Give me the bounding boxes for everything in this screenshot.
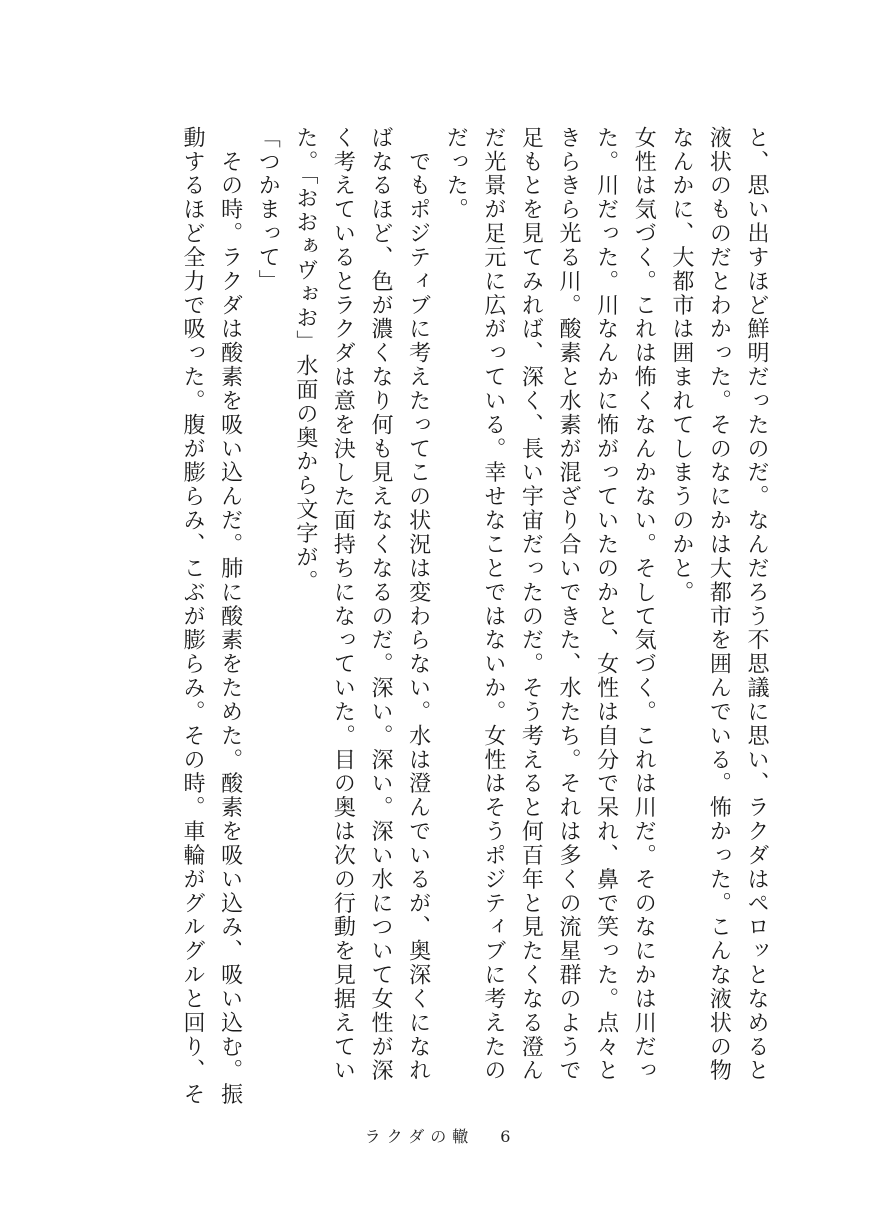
text-column-1: と、思い出すほど鮮明だったのだ。なんだろう不思議に思い、ラクダはペロッとなめると bbox=[743, 126, 769, 1088]
text-column-12: く考えているとラクダは意を決した面持ちになっていた。目の奥は次の行動を見据えてい bbox=[329, 126, 355, 1088]
page-number: 6 bbox=[500, 1127, 510, 1146]
text-column-15: その時。ラクダは酸素を吸い込んだ。肺に酸素をためた。酸素を吸い込み、吸い込む。振 bbox=[217, 126, 243, 1088]
text-column-8: だ光景が足元に広がっている。幸せなことではないか。女性はそうポジティブに考えたの bbox=[480, 126, 506, 1088]
text-column-13: た。「おおぁヴぉお」水面の奥から文字が。 bbox=[292, 126, 318, 1088]
text-column-10: でもポジティブに考えたってこの状況は変わらない。水は澄んでいるが、奥深くになれ bbox=[405, 126, 431, 1088]
document-page: と、思い出すほど鮮明だったのだ。なんだろう不思議に思い、ラクダはペロッとなめると… bbox=[0, 0, 875, 1213]
text-column-14: 「つかまって」 bbox=[254, 126, 280, 1088]
text-column-11: ばなるほど、色が濃くなり何も見えなくなるのだ。深い。深い。深い水について女性が深 bbox=[367, 126, 393, 1088]
book-title: ラクダの轍 bbox=[365, 1127, 475, 1146]
text-column-16: 動するほど全力で吸った。腹が膨らみ、こぶが膨らみ。その時。車輪がグルグルと回り、… bbox=[179, 126, 205, 1088]
text-column-9: だった。 bbox=[442, 126, 468, 1088]
page-footer: ラクダの轍6 bbox=[0, 1124, 875, 1147]
text-column-5: た。川だった。川なんかに怖がっていたのかと、女性は自分で呆れ、鼻で笑った。点々と bbox=[593, 126, 619, 1088]
text-column-3: なんかに、大都市は囲まれてしまうのかと。 bbox=[668, 126, 694, 1088]
vertical-text-body: と、思い出すほど鮮明だったのだ。なんだろう不思議に思い、ラクダはペロッとなめると… bbox=[169, 126, 769, 1088]
text-column-2: 液状のものだとわかった。そのなにかは大都市を囲んでいる。怖かった。こんな液状の物 bbox=[705, 126, 731, 1088]
text-column-6: きらきら光る川。酸素と水素が混ざり合いできた、水たち。それは多くの流星群のようで bbox=[555, 126, 581, 1088]
text-column-7: 足もとを見てみれば、深く、長い宇宙だったのだ。そう考えると何百年と見たくなる澄ん bbox=[517, 126, 543, 1088]
text-column-4: 女性は気づく。これは怖くなんかない。そして気づく。これは川だ。そのなにかは川だっ bbox=[630, 126, 656, 1088]
